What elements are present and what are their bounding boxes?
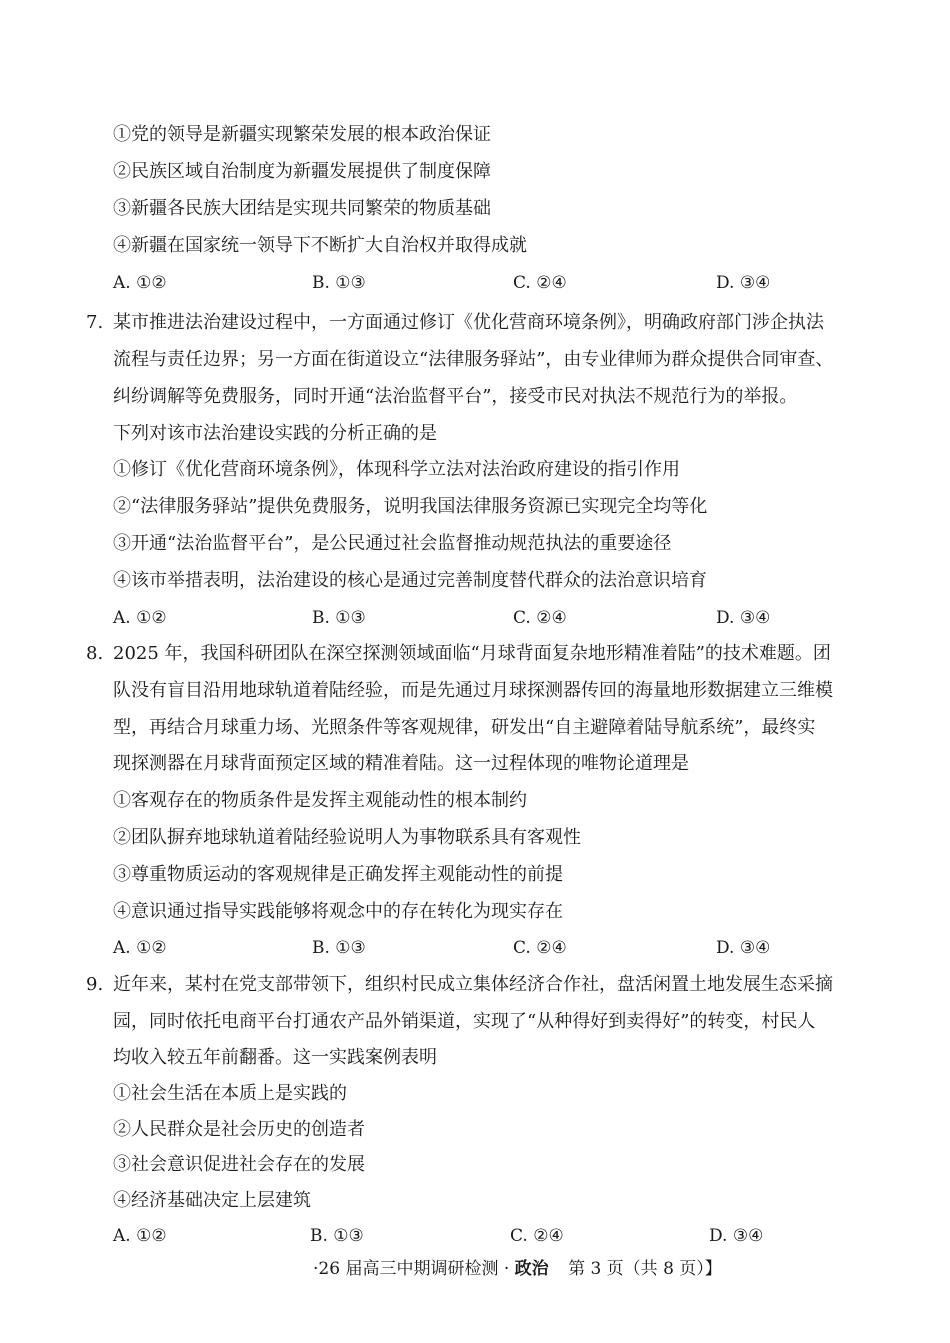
statement: ②“法律服务驿站”提供免费服务，说明我国法律服务资源已实现完全均等化 xyxy=(113,495,707,519)
option-a[interactable]: A. ①② xyxy=(113,606,167,630)
option-a[interactable]: A. ①② xyxy=(113,1224,167,1248)
statement: ④该市举措表明，法治建设的核心是通过完善制度替代群众的法治意识培育 xyxy=(113,569,707,593)
statement: ③社会意识促进社会存在的发展 xyxy=(113,1153,365,1177)
statement: ③开通“法治监督平台”，是公民通过社会监督推动规范执法的重要途径 xyxy=(113,532,671,556)
question-stem: 现探测器在月球背面预定区域的精准着陆。这一过程体现的唯物论道理是 xyxy=(113,752,689,776)
statement: ①社会生活在本质上是实践的 xyxy=(113,1082,347,1106)
statement: ①客观存在的物质条件是发挥主观能动性的根本制约 xyxy=(113,789,527,813)
question-8-options: A. ①② B. ①③ C. ②④ D. ③④ xyxy=(0,936,950,960)
question-number: 9. xyxy=(86,973,103,997)
question-stem: 纠纷调解等免费服务，同时开通“法治监督平台”，接受市民对执法不规范行为的举报。 xyxy=(113,385,797,409)
question-9-options: A. ①② B. ①③ C. ②④ D. ③④ xyxy=(0,1224,950,1248)
page-number: 第 3 页（共 8 页）】 xyxy=(568,1259,722,1279)
question-stem: 某市推进法治建设过程中，一方面通过修订《优化营商环境条例》，明确政府部门涉企执法 xyxy=(113,311,824,335)
statement: ④意识通过指导实践能够将观念中的存在转化为现实存在 xyxy=(113,900,563,924)
question-stem: 流程与责任边界；另一方面在街道设立“法律服务驿站”，由专业律师为群众提供合同审查… xyxy=(113,348,833,372)
option-c[interactable]: C. ②④ xyxy=(510,1224,564,1248)
option-d[interactable]: D. ③④ xyxy=(716,936,770,960)
option-b[interactable]: B. ①③ xyxy=(312,606,366,630)
option-c[interactable]: C. ②④ xyxy=(513,271,567,295)
statement: ②团队摒弃地球轨道着陆经验说明人为事物联系具有客观性 xyxy=(113,826,581,850)
question-stem: 近年来，某村在党支部带领下，组织村民成立集体经济合作社，盘活闲置土地发展生态采摘 xyxy=(113,973,833,997)
option-d[interactable]: D. ③④ xyxy=(709,1224,763,1248)
option-b[interactable]: B. ①③ xyxy=(312,936,366,960)
statement: ④新疆在国家统一领导下不断扩大自治权并取得成就 xyxy=(113,234,527,258)
statement: ④经济基础决定上层建筑 xyxy=(113,1189,311,1213)
question-stem: 型，再结合月球重力场、光照条件等客观规律，研发出“自主避障着陆导航系统”，最终实 xyxy=(113,716,815,740)
question-stem: 园，同时依托电商平台打通农产品外销渠道，实现了“从种得好到卖得好”的转变，村民人 xyxy=(113,1010,815,1034)
question-6-options: A. ①② B. ①③ C. ②④ D. ③④ xyxy=(0,271,950,295)
question-7-options: A. ①② B. ①③ C. ②④ D. ③④ xyxy=(0,606,950,630)
option-c[interactable]: C. ②④ xyxy=(513,606,567,630)
option-d[interactable]: D. ③④ xyxy=(716,606,770,630)
statement: ①党的领导是新疆实现繁荣发展的根本政治保证 xyxy=(113,123,491,147)
page-footer: ·26 届高三中期调研检测 · 政治 第 3 页（共 8 页）】 xyxy=(313,1257,722,1281)
option-b[interactable]: B. ①③ xyxy=(312,271,366,295)
question-stem: 下列对该市法治建设实践的分析正确的是 xyxy=(113,422,437,446)
option-c[interactable]: C. ②④ xyxy=(513,936,567,960)
question-stem: 队没有盲目沿用地球轨道着陆经验，而是先通过月球探测器传回的海量地形数据建立三维模 xyxy=(113,679,833,703)
exam-title: ·26 届高三中期调研检测 · xyxy=(313,1259,509,1279)
statement: ②民族区域自治制度为新疆发展提供了制度保障 xyxy=(113,160,491,184)
question-number: 7. xyxy=(86,311,103,335)
question-number: 8. xyxy=(86,642,103,666)
question-stem: 均收入较五年前翻番。这一实践案例表明 xyxy=(113,1046,437,1070)
option-a[interactable]: A. ①② xyxy=(113,936,167,960)
subject-label: 政治 xyxy=(515,1259,549,1279)
question-stem: 2025 年，我国科研团队在深空探测领域面临“月球背面复杂地形精准着陆”的技术难… xyxy=(113,642,831,666)
statement: ③尊重物质运动的客观规律是正确发挥主观能动性的前提 xyxy=(113,863,563,887)
statement: ③新疆各民族大团结是实现共同繁荣的物质基础 xyxy=(113,197,491,221)
statement: ②人民群众是社会历史的创造者 xyxy=(113,1118,365,1142)
option-d[interactable]: D. ③④ xyxy=(716,271,770,295)
option-a[interactable]: A. ①② xyxy=(113,271,167,295)
option-b[interactable]: B. ①③ xyxy=(310,1224,364,1248)
statement: ①修订《优化营商环境条例》，体现科学立法对法治政府建设的指引作用 xyxy=(113,458,680,482)
